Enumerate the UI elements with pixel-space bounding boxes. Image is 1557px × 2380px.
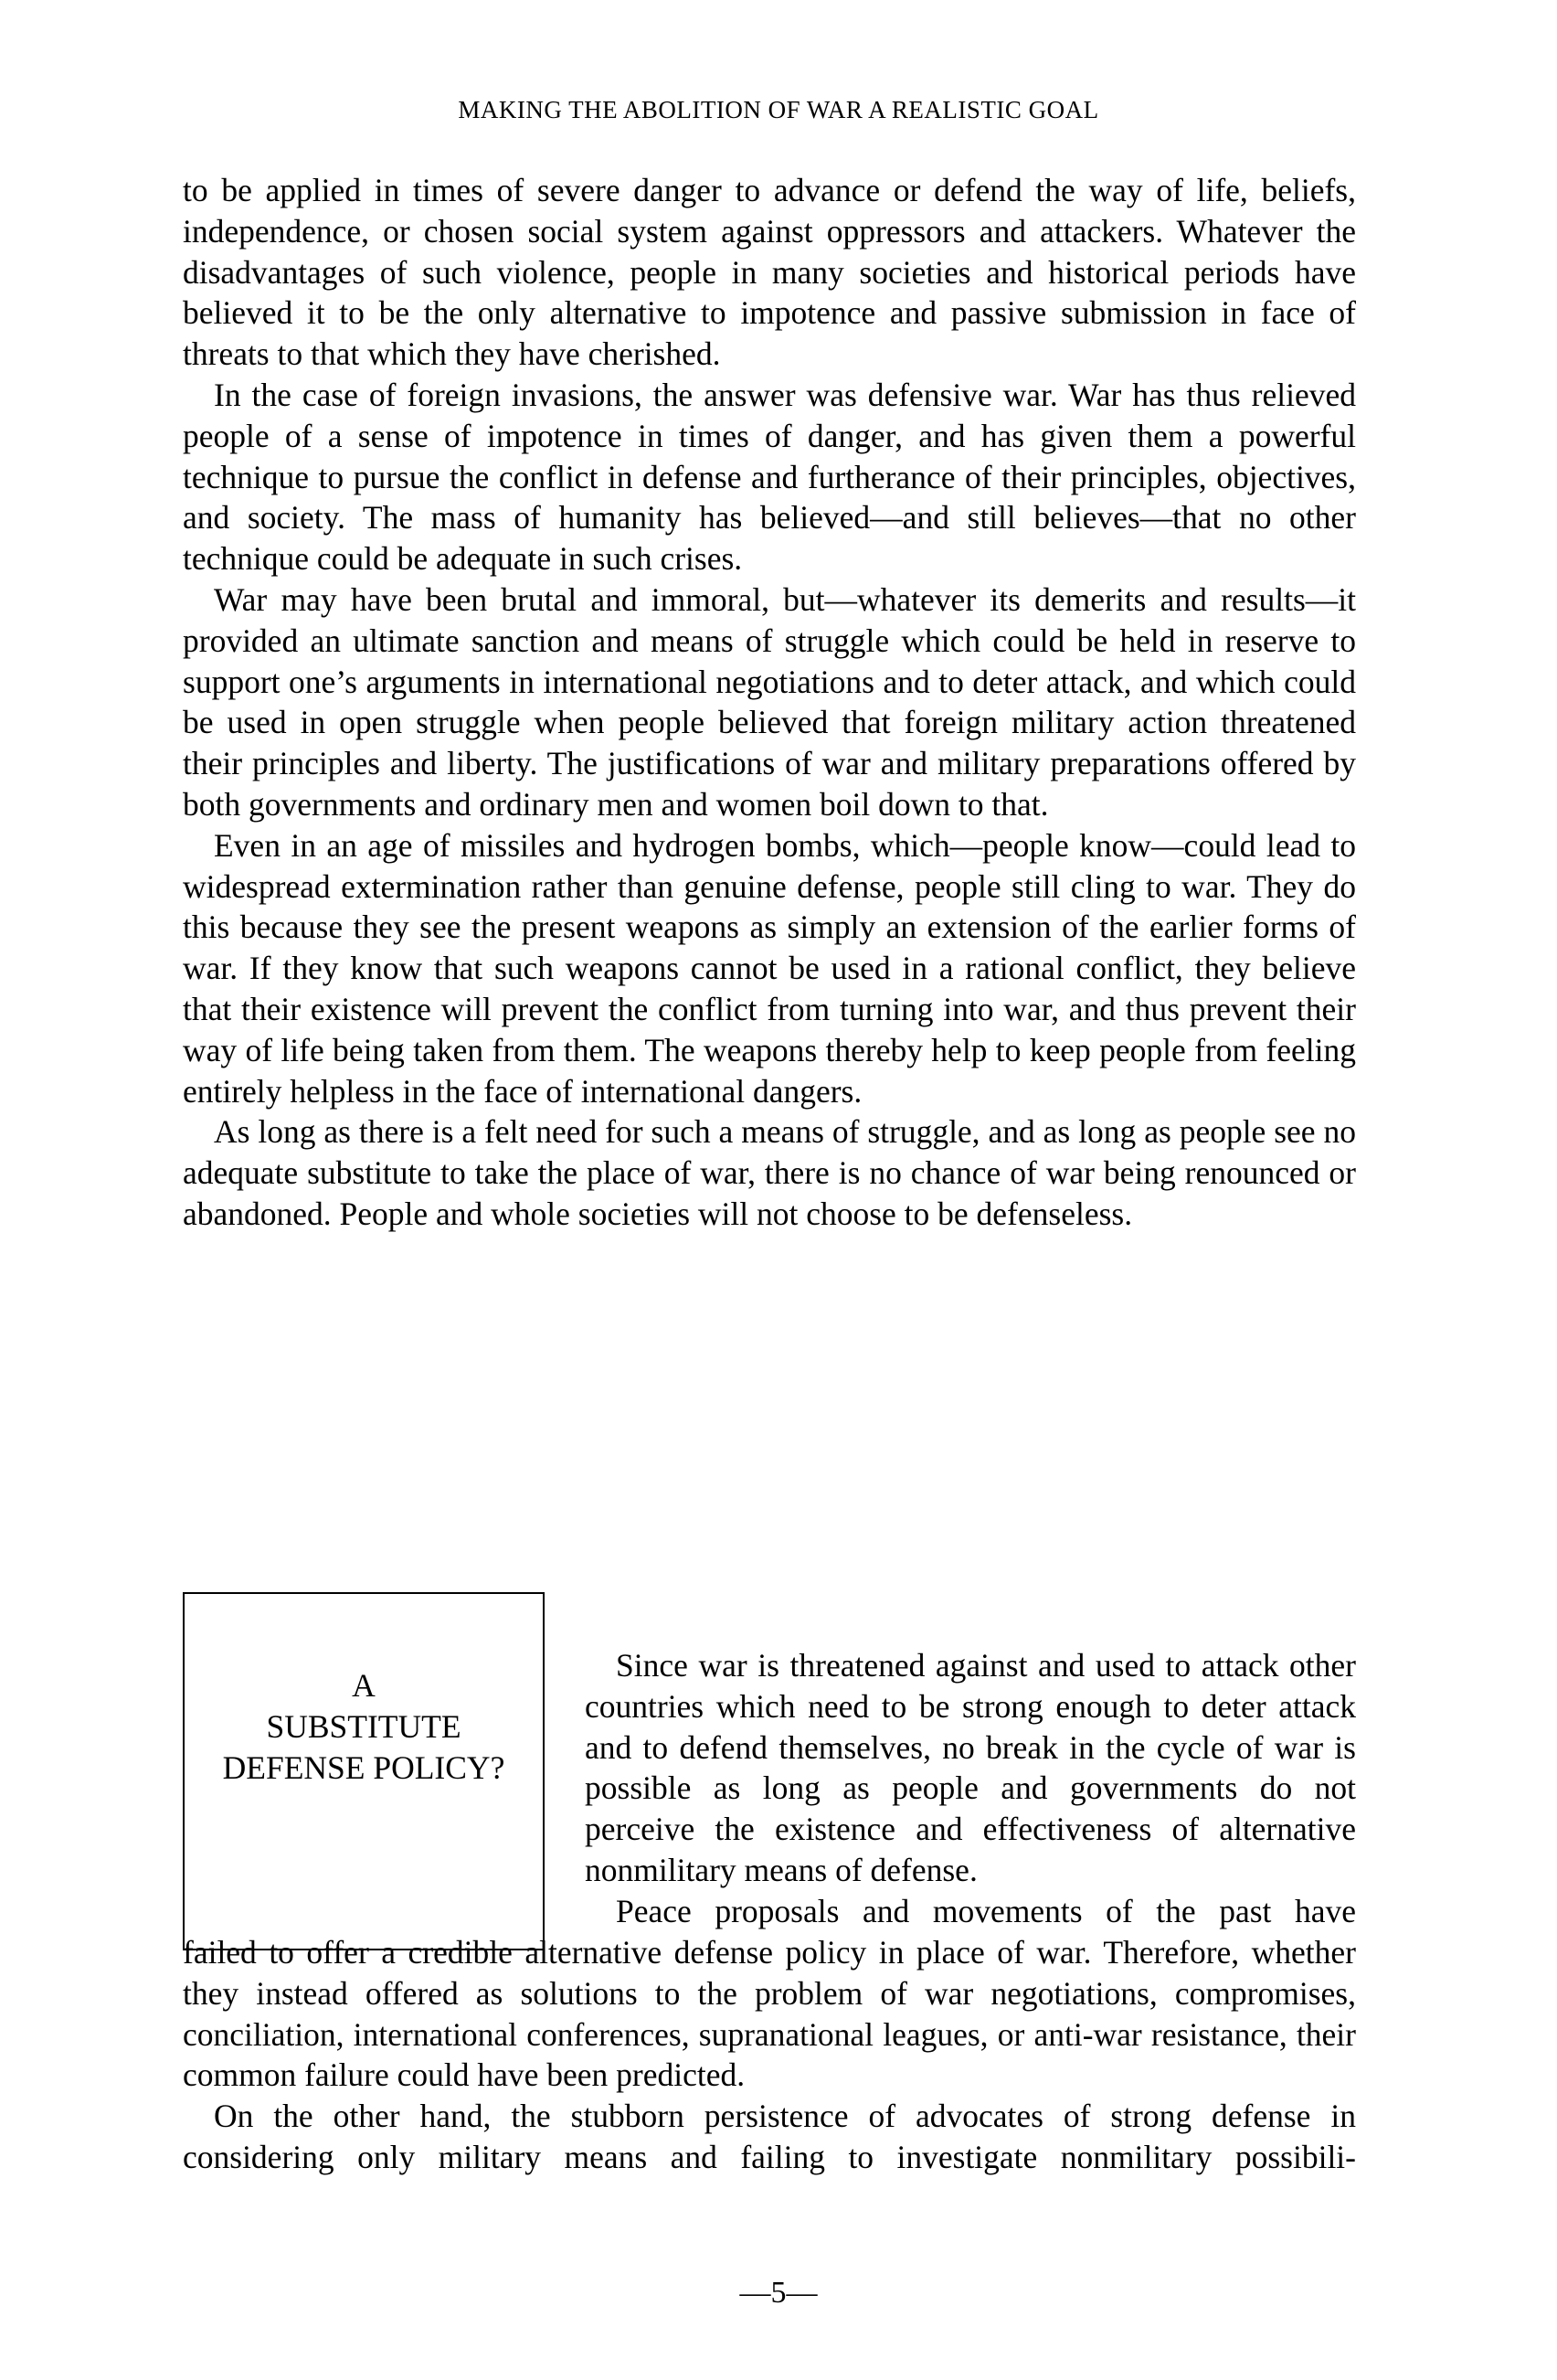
running-head: MAKING THE ABOLITION OF WAR A REALISTIC … xyxy=(0,96,1557,124)
heading-line: SUBSTITUTE xyxy=(185,1706,543,1748)
section-heading: A SUBSTITUTE DEFENSE POLICY? xyxy=(185,1665,543,1788)
upper-text: to be applied in times of severe danger … xyxy=(183,170,1356,1235)
paragraph: In the case of foreign invasions, the an… xyxy=(183,375,1356,579)
paragraph: Since war is threatened against and used… xyxy=(585,1645,1356,1891)
paragraph: to be applied in times of severe danger … xyxy=(183,170,1356,375)
paragraph: On the other hand, the stubborn persiste… xyxy=(183,2096,1356,2178)
heading-line: DEFENSE POLICY? xyxy=(185,1748,543,1789)
heading-line: A xyxy=(185,1665,543,1706)
paragraph: As long as there is a felt need for such… xyxy=(183,1111,1356,1234)
lower-text: failed to offer a credible alternative d… xyxy=(183,1932,1356,2178)
page-number: —5— xyxy=(0,2276,1557,2311)
paragraph: Even in an age of missiles and hydrogen … xyxy=(183,825,1356,1112)
side-text: Since war is threatened against and used… xyxy=(585,1645,1356,1932)
section-heading-box: A SUBSTITUTE DEFENSE POLICY? xyxy=(183,1592,545,1950)
paragraph-start: Peace proposals and movements of the pas… xyxy=(585,1891,1356,1932)
paragraph: War may have been brutal and immoral, bu… xyxy=(183,579,1356,825)
paragraph: failed to offer a credible alternative d… xyxy=(183,1932,1356,2096)
